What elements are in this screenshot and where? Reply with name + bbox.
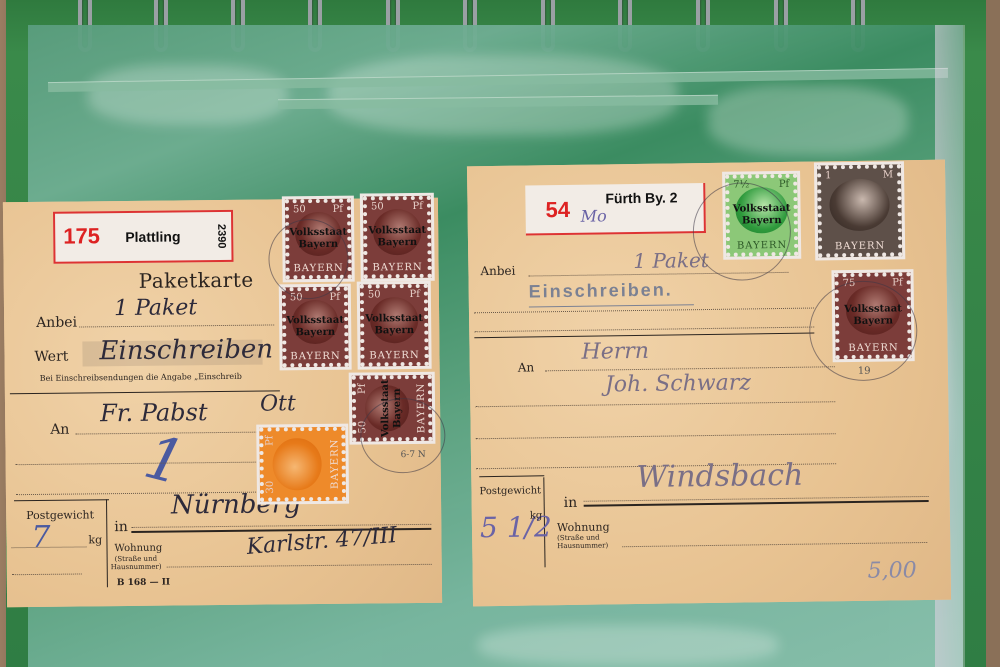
wohnung-value: Karlstr. 47/III — [246, 523, 398, 560]
wohnung-sub2: Hausnummer) — [557, 541, 608, 550]
wohnung-sub2: Hausnummer) — [111, 563, 162, 572]
registration-label: 175 Plattling 2390 — [53, 210, 234, 264]
an-extra: Ott — [260, 391, 296, 416]
postmark-text: 6-7 N — [401, 450, 426, 460]
label-place: Plattling — [125, 228, 180, 245]
label-number: 54 — [545, 197, 570, 223]
parcel-card-plattling: 175 Plattling 2390 Paketkarte Anbei 1 Pa… — [3, 198, 442, 608]
in-label: in — [114, 519, 128, 535]
in-label: in — [564, 495, 578, 511]
einschreiben-stamp: Einschreiben. — [529, 279, 673, 302]
postmark — [692, 182, 791, 281]
label-number: 175 — [63, 223, 100, 249]
weight-value: 7 — [31, 520, 50, 555]
kg-label: kg — [88, 533, 102, 546]
anbei-label: Anbei — [480, 264, 515, 278]
postmark — [360, 398, 446, 474]
stamp-30pf-orange-rotated: 30Pf BAYERN — [259, 427, 346, 502]
anbei-label: Anbei — [36, 315, 77, 331]
postmark-text: 19 — [858, 366, 871, 377]
registration-note: Bei Einschreibsendungen die Angabe „Eins… — [40, 372, 242, 383]
card-title: Paketkarte — [139, 268, 254, 293]
stamp-50pf-volksstaat: 50Pf VolksstaatBayern BAYERN — [360, 284, 429, 367]
wert-value: Einschreiben — [99, 334, 273, 366]
label-place: Fürth By. 2 — [605, 189, 677, 206]
label-handwritten: Mo — [581, 206, 607, 225]
label-code: 2390 — [215, 224, 227, 249]
wohnung-label: Wohnung — [114, 543, 162, 554]
postmark — [268, 219, 349, 300]
kg-label: kg — [530, 510, 543, 521]
form-number: B 168 — II — [117, 578, 170, 589]
an-value-1: Herrn — [581, 339, 649, 365]
stamp-1m-sepia: 1M BAYERN — [817, 164, 902, 257]
an-value-2: Joh. Schwarz — [605, 370, 751, 397]
stamp-50pf-volksstaat: 50Pf VolksstaatBayern BAYERN — [282, 287, 349, 368]
postgewicht-label: Postgewicht — [479, 485, 541, 497]
stamp-50pf-volksstaat: 50Pf VolksstaatBayern BAYERN — [363, 196, 432, 279]
wert-label: Wert — [34, 349, 68, 365]
an-label: An — [518, 360, 535, 374]
price-value: 5,00 — [867, 558, 916, 584]
wohnung-label: Wohnung — [557, 520, 610, 534]
in-value: Windsbach — [636, 458, 804, 495]
registration-label: 54 Fürth By. 2 Mo — [525, 183, 706, 236]
anbei-value: 1 Paket — [114, 295, 197, 321]
parcel-card-fuerth: 54 Fürth By. 2 Mo Anbei 1 Paket Einschre… — [467, 160, 951, 607]
an-label: An — [50, 422, 69, 438]
